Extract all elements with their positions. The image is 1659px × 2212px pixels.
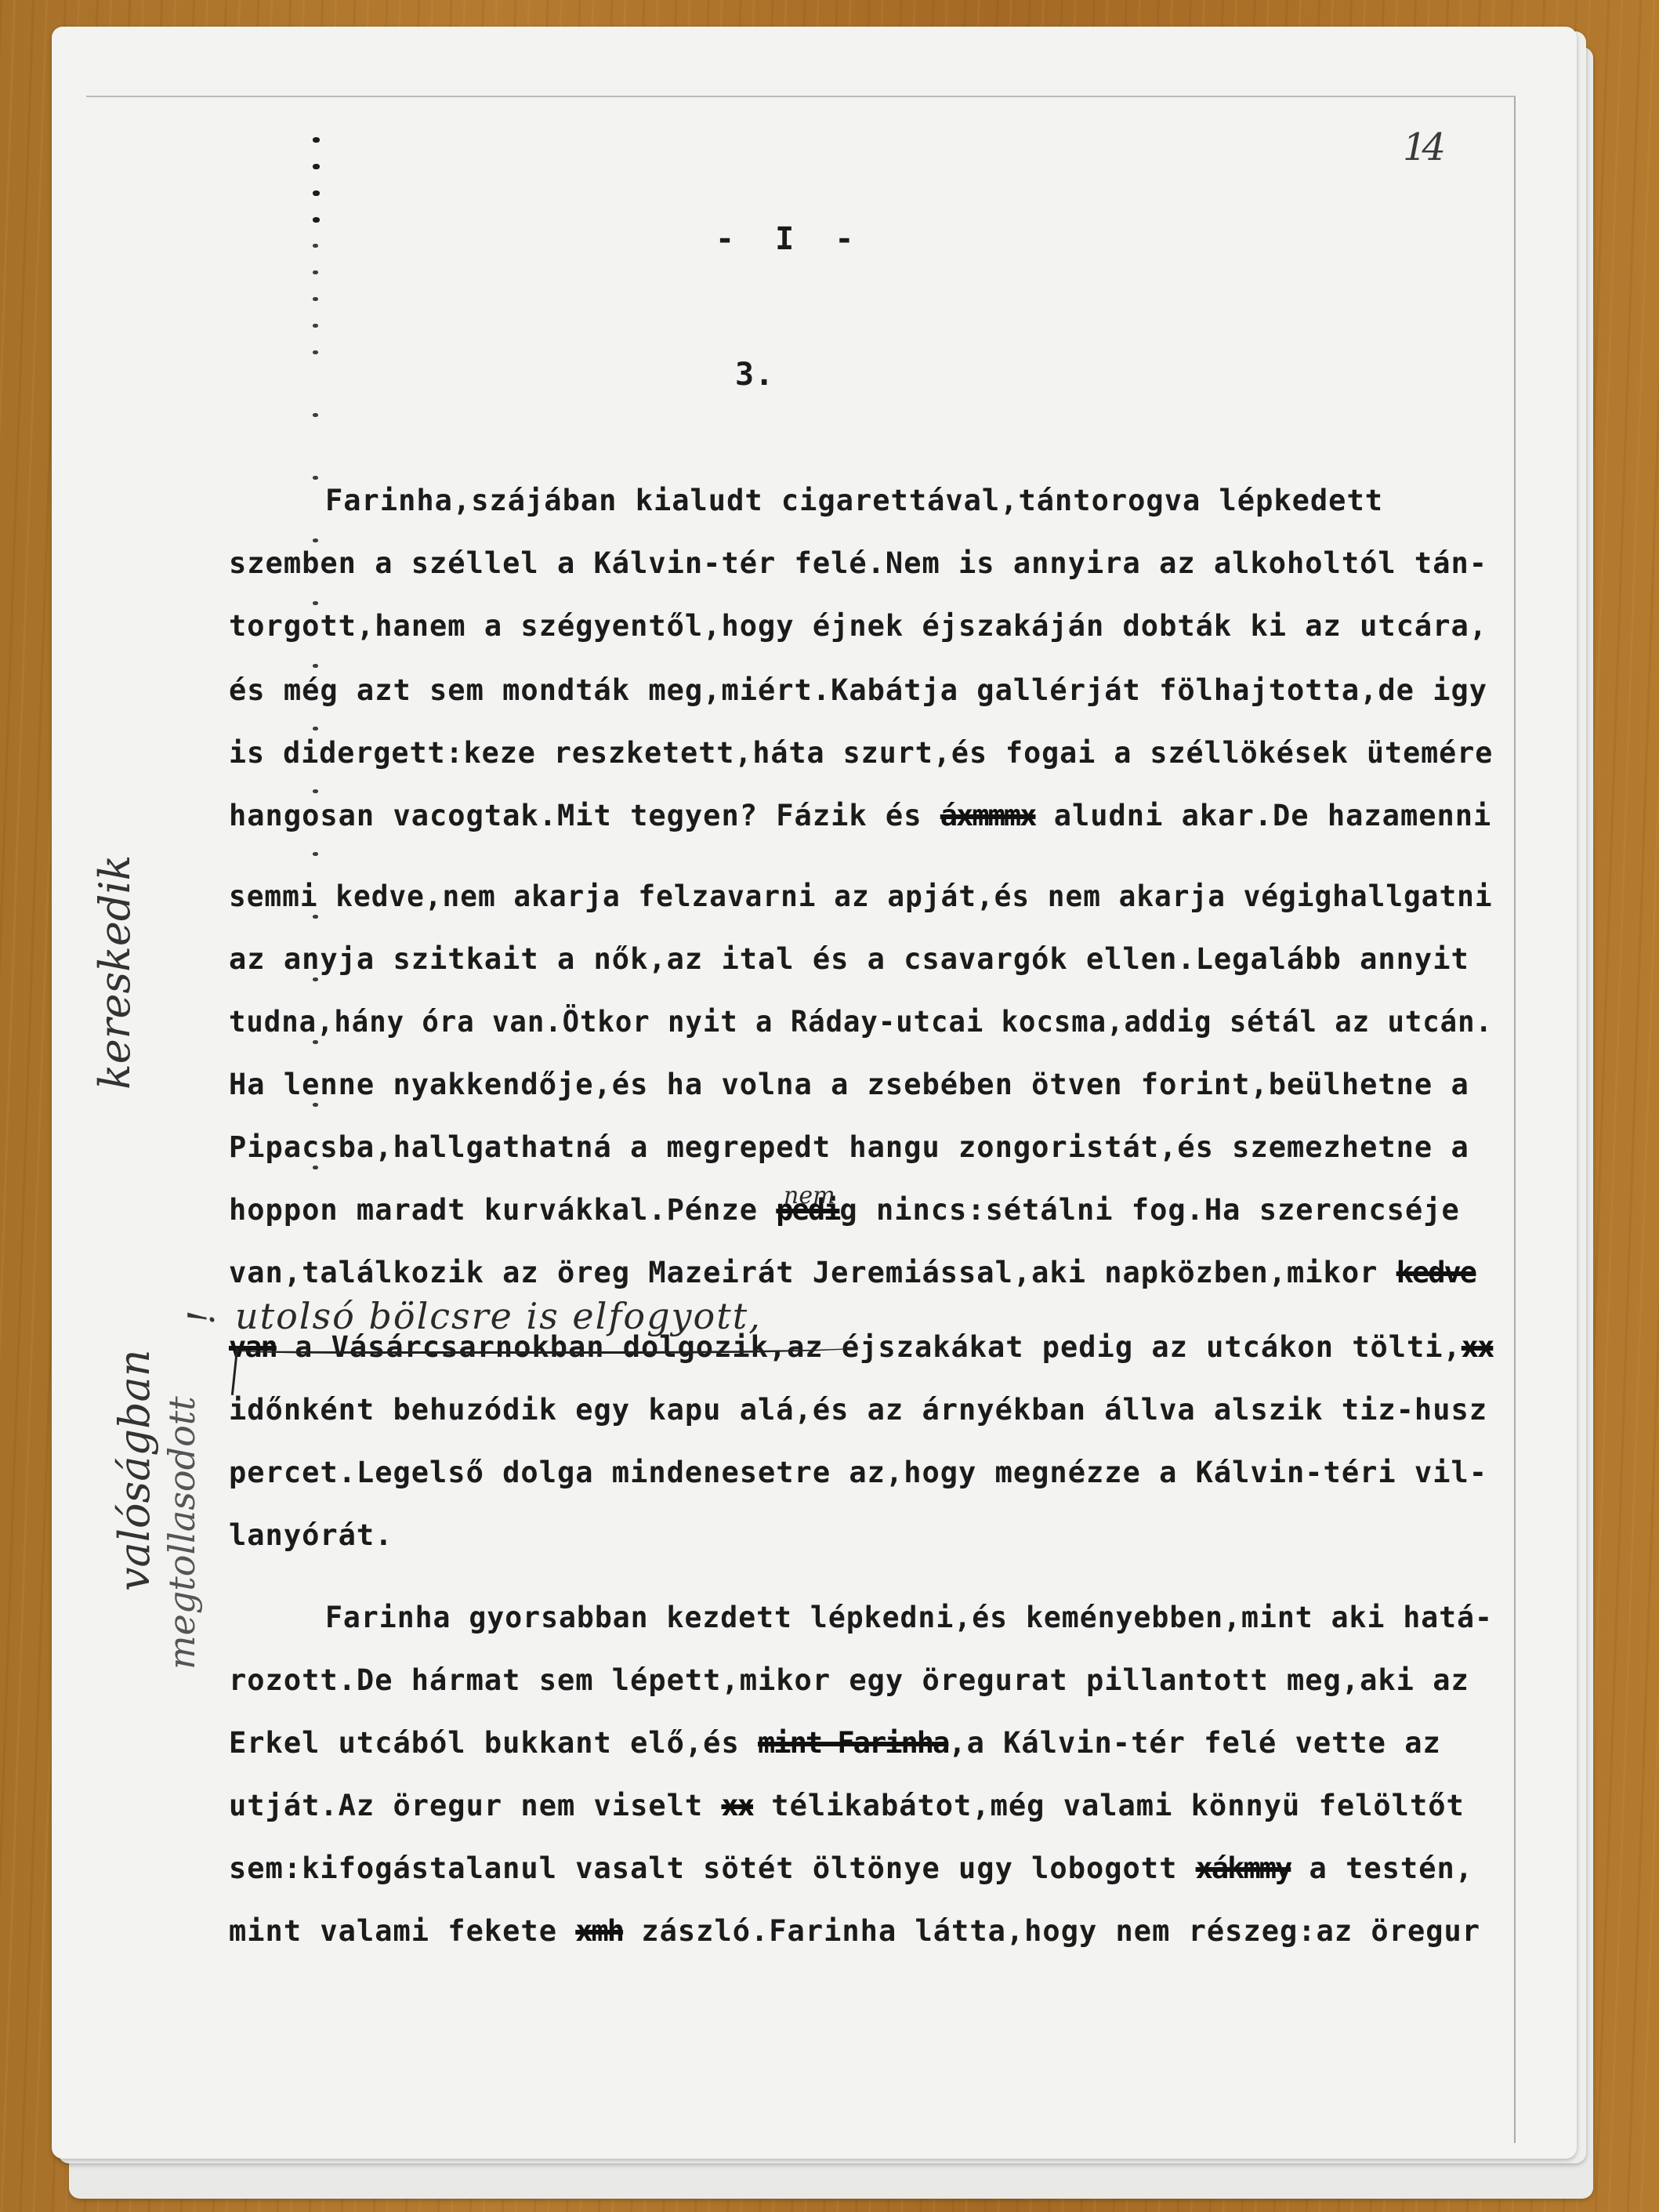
text-line: sem:kifogástalanul vasalt sötét öltönye …: [229, 1854, 1473, 1883]
subsection-number: 3.: [735, 359, 774, 390]
text-line: van,találkozik az öreg Mazeirát Jeremiás…: [229, 1258, 1476, 1287]
margin-note: megtollasodott: [161, 1396, 203, 1670]
binding-dot: [313, 270, 318, 274]
binding-dot: [313, 1166, 318, 1169]
text-line: hoppon maradt kurvákkal.Pénze pedig ninc…: [229, 1195, 1460, 1224]
text-line: szemben a széllel a Kálvin-tér felé.Nem …: [229, 549, 1487, 578]
text-line: hangosan vacogtak.Mit tegyen? Fázik és á…: [229, 801, 1491, 830]
text-line: utját.Az öregur nem viselt xx télikabáto…: [229, 1791, 1465, 1820]
struck-out-text: kedve: [1396, 1256, 1476, 1289]
text-line: tudna,hány óra van.Ötkor nyit a Ráday-ut…: [229, 1007, 1493, 1036]
handwritten-insertion-word: nem: [784, 1182, 835, 1209]
struck-out-text: xákmmy: [1196, 1851, 1291, 1885]
binding-dot: [313, 324, 318, 328]
binding-dot: [313, 789, 318, 793]
binding-dot: [313, 664, 318, 668]
binding-dot: [313, 727, 318, 731]
insertion-guide-line: [234, 1337, 860, 1354]
text-line: az anyja szitkait a nők,az ital és a csa…: [229, 945, 1469, 974]
margin-note-mark: !: [180, 1311, 223, 1325]
binding-dot: [313, 476, 318, 480]
handwritten-page-number: 14: [1403, 125, 1441, 169]
binding-dot: [313, 915, 318, 919]
text-line: rozott.De hármat sem lépett,mikor egy ör…: [229, 1666, 1469, 1695]
text-line: semmi kedve,nem akarja felzavarni az apj…: [229, 882, 1493, 911]
text-line: és még azt sem mondták meg,miért.Kabátja…: [229, 676, 1487, 705]
binding-dot: [313, 217, 320, 223]
text-line: torgott,hanem a szégyentől,hogy éjnek éj…: [229, 611, 1487, 640]
text-line: Erkel utcából bukkant elő,és mint Farinh…: [229, 1728, 1441, 1757]
binding-dot: [313, 1103, 318, 1107]
margin-note: kereskedik: [90, 855, 139, 1090]
binding-dot: [313, 137, 320, 143]
binding-dot: [313, 538, 318, 542]
text-line: is didergett:keze reszketett,háta szurt,…: [229, 738, 1493, 767]
text-line: Pipacsba,hallgathatná a megrepedt hangu …: [229, 1133, 1469, 1162]
handwritten-insertion-line: utolsó bölcsre is elfogyott,: [235, 1295, 762, 1337]
text-line: Farinha,szájában kialudt cigarettával,tá…: [325, 486, 1383, 515]
binding-dot: [313, 852, 318, 856]
struck-out-text: xmh: [575, 1914, 623, 1948]
struck-out-text: áxmmmx: [940, 799, 1036, 832]
binding-dot: [313, 190, 320, 196]
underlying-page-edge: [86, 96, 1516, 2143]
binding-dot: [313, 601, 318, 605]
binding-dot: [313, 1040, 318, 1044]
struck-out-text: xx: [721, 1789, 753, 1822]
text-line: lanyórát.: [229, 1521, 393, 1550]
binding-dot: [313, 413, 318, 417]
binding-dot: [313, 977, 318, 981]
binding-dot: [313, 244, 318, 248]
binding-dot: [313, 164, 320, 169]
text-line: mint valami fekete xmh zászló.Farinha lá…: [229, 1916, 1480, 1945]
margin-note: valóságban: [110, 1350, 159, 1592]
binding-dot: [313, 297, 318, 301]
text-line: Farinha gyorsabban kezdett lépkedni,és k…: [325, 1603, 1493, 1632]
struck-out-text: xx: [1462, 1330, 1494, 1364]
struck-out-text: mint Farinha: [758, 1726, 948, 1760]
text-line: Ha lenne nyakkendője,és ha volna a zsebé…: [229, 1070, 1469, 1099]
binding-dot: [313, 350, 318, 354]
text-line: percet.Legelső dolga mindenesetre az,hog…: [229, 1458, 1487, 1487]
text-line: időnként behuzódik egy kapu alá,és az ár…: [229, 1395, 1487, 1424]
section-heading: - I -: [715, 223, 864, 255]
